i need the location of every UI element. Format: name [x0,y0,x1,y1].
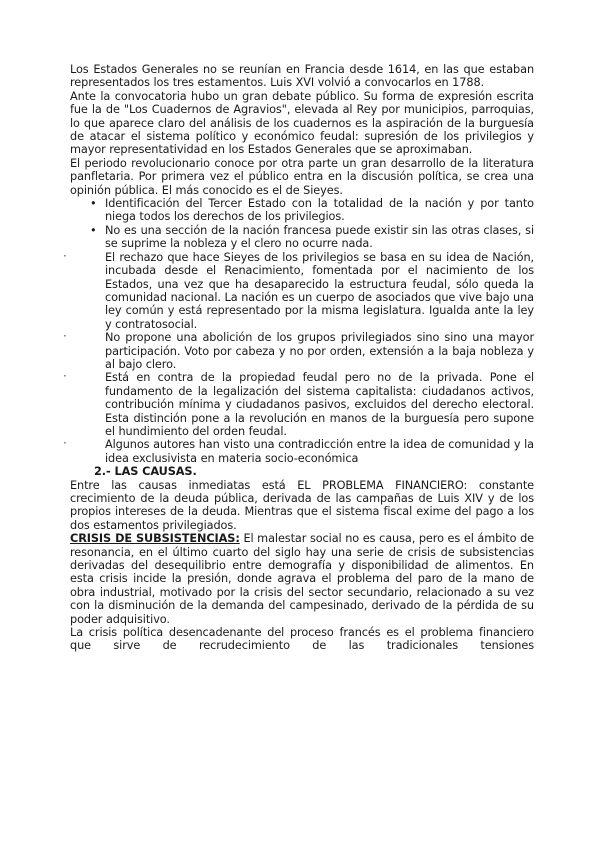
paragraph: Entre las causas inmediatas está EL PROB… [70,479,534,533]
document-body: Los Estados Generales no se reunían en F… [70,63,534,653]
sub-list-item-text: Algunos autores han visto una contradicc… [105,438,534,464]
bullet-list-item-text: No es una sección de la nación francesa … [105,224,534,250]
section-heading: 2.- LAS CAUSAS. [70,465,534,478]
dot-icon: · [63,437,67,450]
bullet-icon: • [90,197,97,210]
sub-list-item: · Algunos autores han visto una contradi… [70,438,534,465]
paragraph: CRISIS DE SUBSISTENCIAS: El malestar soc… [70,532,534,626]
bullet-list-item: • No es una sección de la nación frances… [70,224,534,251]
sub-list-item: · El rechazo que hace Sieyes de los priv… [70,251,534,331]
bold-underlined-lead: CRISIS DE SUBSISTENCIAS: [70,532,240,545]
document-page: Los Estados Generales no se reunían en F… [0,0,599,848]
paragraph: Los Estados Generales no se reunían en F… [70,63,534,90]
bullet-list-item-text: Identificación del Tercer Estado con la … [105,197,534,223]
paragraph: La crisis política desencadenante del pr… [70,626,534,653]
bullet-icon: • [90,224,97,237]
dot-icon: · [63,250,67,263]
paragraph: El periodo revolucionario conoce por otr… [70,157,534,197]
sub-list-item: · Está en contra de la propiedad feudal … [70,371,534,438]
bullet-list-item: • Identificación del Tercer Estado con l… [70,197,534,224]
dot-icon: · [63,370,67,383]
paragraph: Ante la convocatoria hubo un gran debate… [70,90,534,157]
sub-list-item-text: No propone una abolición de los grupos p… [105,331,534,371]
paragraph-text: El malestar social no es causa, pero es … [70,532,534,625]
dot-icon: · [63,330,67,343]
sub-list-item-text: El rechazo que hace Sieyes de los privil… [105,251,534,331]
sub-list-item: · No propone una abolición de los grupos… [70,331,534,371]
sub-list-item-text: Está en contra de la propiedad feudal pe… [105,371,534,438]
